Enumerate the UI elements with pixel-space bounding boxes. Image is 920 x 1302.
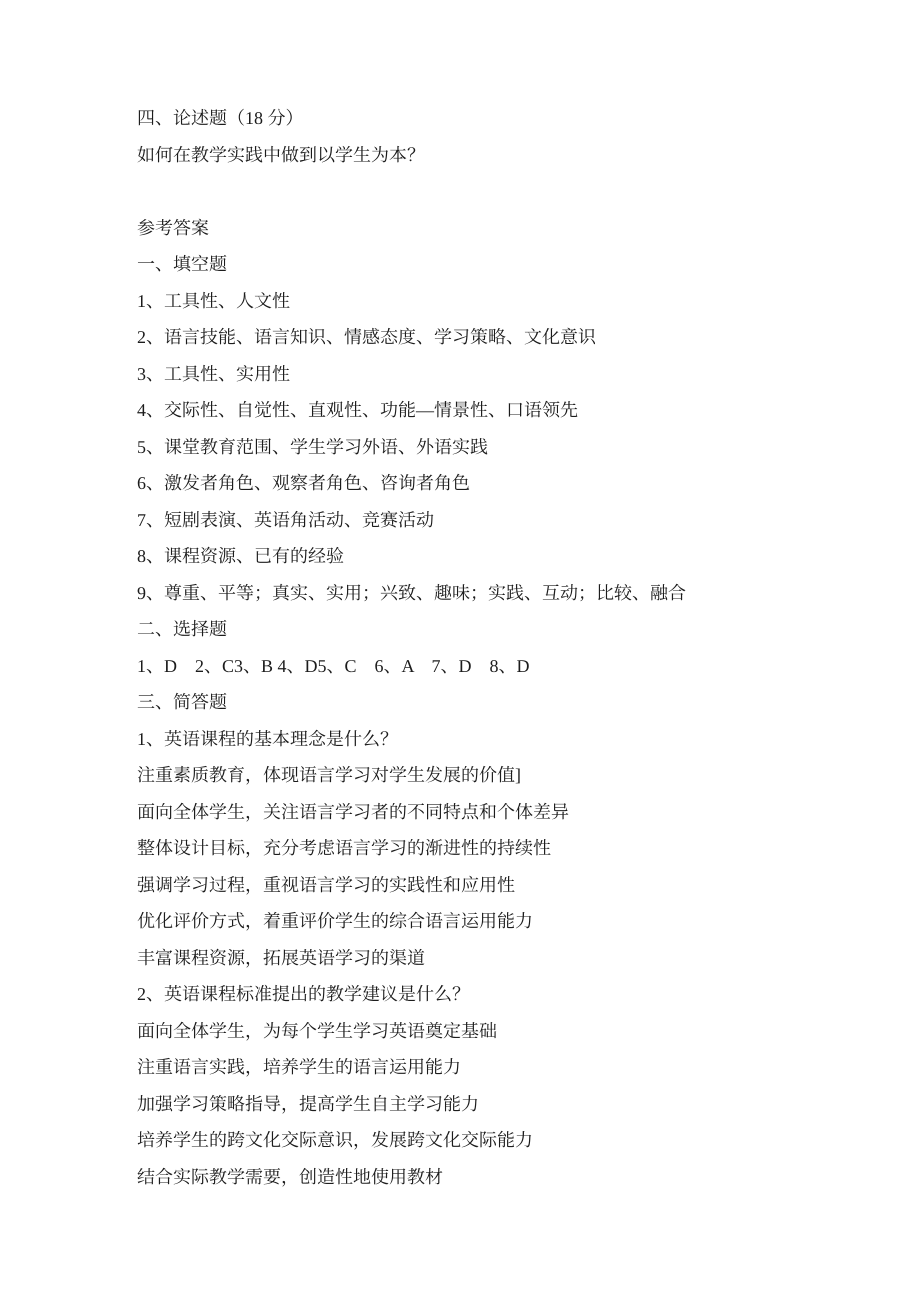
fill-answer-4: 4、交际性、自觉性、直观性、功能—情景性、口语领先 [137,392,800,429]
fill-answer-8: 8、课程资源、已有的经验 [137,538,800,575]
fill-answer-3: 3、工具性、实用性 [137,356,800,393]
q2-point-5: 结合实际教学需要，创造性地使用教材 [137,1159,800,1196]
fill-answer-1: 1、工具性、人文性 [137,283,800,320]
heading-fill-in-blanks: 一、填空题 [137,246,800,283]
q1-point-3: 整体设计目标，充分考虑语言学习的渐进性的持续性 [137,830,800,867]
q2-point-3: 加强学习策略指导，提高学生自主学习能力 [137,1086,800,1123]
fill-answer-6: 6、激发者角色、观察者角色、咨询者角色 [137,465,800,502]
q1-point-4: 强调学习过程，重视语言学习的实践性和应用性 [137,867,800,904]
heading-short-answer: 三、简答题 [137,684,800,721]
fill-answer-7: 7、短剧表演、英语角活动、竞赛活动 [137,502,800,539]
choice-answers: 1、D 2、C3、B 4、D5、C 6、A 7、D 8、D [137,648,800,685]
heading-essay-section: 四、论述题（18 分） [137,100,800,137]
q1-point-5: 优化评价方式，着重评价学生的综合语言运用能力 [137,903,800,940]
document-body: 四、论述题（18 分） 如何在教学实践中做到以学生为本？ 参考答案 一、填空题 … [0,0,920,1302]
blank-line [137,173,800,210]
q2-point-4: 培养学生的跨文化交际意识，发展跨文化交际能力 [137,1122,800,1159]
fill-answer-2: 2、语言技能、语言知识、情感态度、学习策略、文化意识 [137,319,800,356]
heading-multiple-choice: 二、选择题 [137,611,800,648]
fill-answer-5: 5、课堂教育范围、学生学习外语、外语实践 [137,429,800,466]
document-page: { "colors": { "background": "#ffffff", "… [0,0,920,1302]
answer-key-title: 参考答案 [137,210,800,247]
q2-point-1: 面向全体学生，为每个学生学习英语奠定基础 [137,1013,800,1050]
fill-answer-9: 9、尊重、平等；真实、实用；兴致、趣味；实践、互动；比较、融合 [137,575,800,612]
q1-point-2: 面向全体学生，关注语言学习者的不同特点和个体差异 [137,794,800,831]
q1-point-6: 丰富课程资源，拓展英语学习的渠道 [137,940,800,977]
essay-question: 如何在教学实践中做到以学生为本？ [137,137,800,174]
short-answer-question-1: 1、英语课程的基本理念是什么？ [137,721,800,758]
q2-point-2: 注重语言实践，培养学生的语言运用能力 [137,1049,800,1086]
q1-point-1: 注重素质教育，体现语言学习对学生发展的价值] [137,757,800,794]
short-answer-question-2: 2、英语课程标准提出的教学建议是什么？ [137,976,800,1013]
